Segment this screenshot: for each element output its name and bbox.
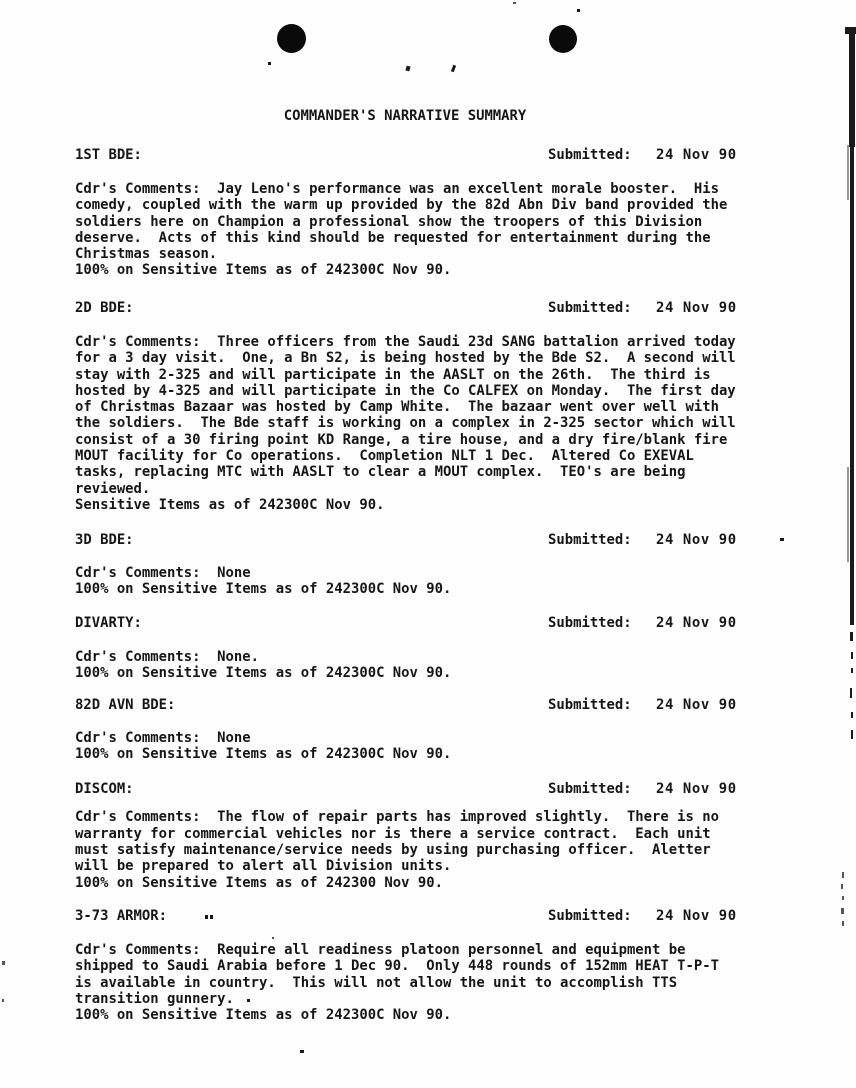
- scan-speck: [780, 538, 784, 541]
- unit-name: 2D BDE:: [75, 300, 134, 316]
- submitted-date: 24 Nov 90: [656, 908, 737, 924]
- scan-edge-dash: [850, 688, 852, 698]
- section-3d-bde: 3D BDE: Submitted: 24 Nov 90 Cdr's Comme…: [75, 532, 856, 598]
- scan-edge-dash: [850, 632, 853, 641]
- scan-edge-dash: [842, 872, 844, 878]
- scan-speck: [247, 999, 250, 1002]
- scan-speck: [210, 915, 213, 919]
- commander-comments: Cdr's Comments: Three officers from the …: [75, 334, 856, 513]
- scan-edge-line: [849, 27, 855, 147]
- submitted-date: 24 Nov 90: [656, 532, 737, 548]
- section-header: 82D AVN BDE: Submitted: 24 Nov 90: [75, 697, 856, 713]
- scan-edge-dash: [841, 884, 843, 889]
- unit-name: DIVARTY:: [75, 615, 142, 631]
- commander-comments: Cdr's Comments: None 100% on Sensitive I…: [75, 565, 856, 598]
- scan-speck: [577, 9, 580, 12]
- commander-comments: Cdr's Comments: Require all readiness pl…: [75, 942, 856, 1023]
- scan-speck: [2, 999, 4, 1002]
- commander-comments: Cdr's Comments: The flow of repair parts…: [75, 809, 856, 890]
- section-3-73-armor: 3-73 ARMOR: Submitted: 24 Nov 90 Cdr's C…: [75, 908, 856, 1023]
- submitted-label: Submitted:: [548, 781, 632, 797]
- section-2d-bde: 2D BDE: Submitted: 24 Nov 90 Cdr's Comme…: [75, 300, 856, 513]
- section-header: 3-73 ARMOR: Submitted: 24 Nov 90: [75, 908, 856, 924]
- page-title: COMMANDER'S NARRATIVE SUMMARY: [74, 108, 736, 124]
- unit-name: DISCOM:: [75, 781, 134, 797]
- submitted-label: Submitted:: [548, 532, 632, 548]
- submitted-label: Submitted:: [548, 908, 632, 924]
- section-header: 1ST BDE: Submitted: 24 Nov 90: [75, 147, 856, 163]
- unit-name: 3-73 ARMOR:: [75, 908, 167, 924]
- unit-name: 82D AVN BDE:: [75, 697, 175, 713]
- scan-speck: [513, 2, 516, 4]
- scan-speck: [405, 66, 410, 72]
- unit-name: 3D BDE:: [75, 532, 134, 548]
- submitted-date: 24 Nov 90: [656, 697, 737, 713]
- scan-speck: [272, 937, 274, 939]
- scan-edge-dash: [851, 730, 853, 739]
- scan-edge-dash: [842, 921, 844, 926]
- hole-punch-right-icon: [549, 25, 577, 53]
- section-header: DISCOM: Submitted: 24 Nov 90: [75, 781, 856, 797]
- submitted-date: 24 Nov 90: [656, 781, 737, 797]
- scan-edge-shadow: [847, 467, 849, 562]
- commander-comments: Cdr's Comments: None. 100% on Sensitive …: [75, 649, 856, 682]
- section-1st-bde: 1ST BDE: Submitted: 24 Nov 90 Cdr's Comm…: [75, 147, 856, 279]
- section-discom: DISCOM: Submitted: 24 Nov 90 Cdr's Comme…: [75, 781, 856, 891]
- submitted-label: Submitted:: [548, 147, 632, 163]
- scan-edge-dash: [851, 712, 853, 718]
- section-divarty: DIVARTY: Submitted: 24 Nov 90 Cdr's Comm…: [75, 615, 856, 682]
- section-82d-avn-bde: 82D AVN BDE: Submitted: 24 Nov 90 Cdr's …: [75, 697, 856, 763]
- submitted-label: Submitted:: [548, 615, 632, 631]
- section-header: 3D BDE: Submitted: 24 Nov 90: [75, 532, 856, 548]
- scan-edge-dash: [851, 668, 853, 673]
- submitted-date: 24 Nov 90: [656, 147, 737, 163]
- scan-speck: [268, 62, 271, 65]
- scan-speck: [205, 915, 208, 919]
- scan-edge-dash: [851, 652, 853, 659]
- section-header: DIVARTY: Submitted: 24 Nov 90: [75, 615, 856, 631]
- submitted-label: Submitted:: [548, 697, 632, 713]
- scan-edge-line: [850, 140, 854, 625]
- scan-speck: [451, 65, 456, 73]
- section-header: 2D BDE: Submitted: 24 Nov 90: [75, 300, 856, 316]
- scan-edge-dash: [842, 896, 844, 900]
- hole-punch-left-icon: [277, 24, 306, 53]
- commander-comments: Cdr's Comments: None 100% on Sensitive I…: [75, 730, 856, 763]
- scan-speck: [300, 1050, 304, 1053]
- commander-comments: Cdr's Comments: Jay Leno's performance w…: [75, 181, 856, 279]
- submitted-date: 24 Nov 90: [656, 615, 737, 631]
- scan-speck: [2, 961, 5, 965]
- submitted-label: Submitted:: [548, 300, 632, 316]
- scan-edge-shadow: [847, 145, 849, 200]
- scan-edge-dash: [841, 908, 844, 914]
- scanned-document-page: COMMANDER'S NARRATIVE SUMMARY 1ST BDE: S…: [0, 0, 856, 1088]
- unit-name: 1ST BDE:: [75, 147, 142, 163]
- submitted-date: 24 Nov 90: [656, 300, 737, 316]
